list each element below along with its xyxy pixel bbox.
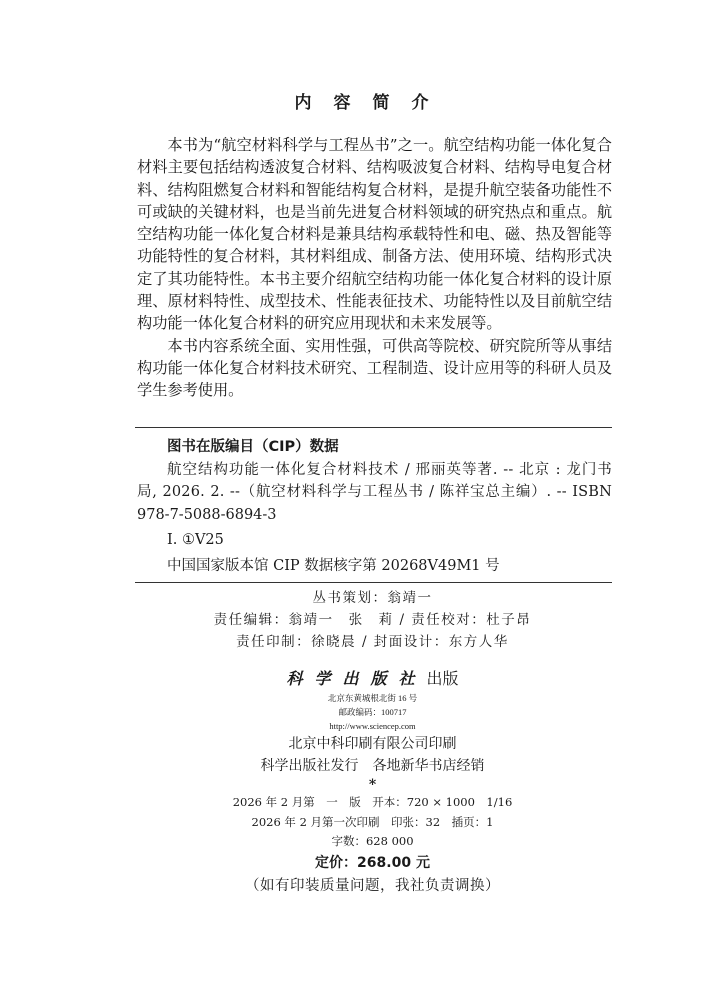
quality-notice: （如有印装质量问题，我社负责调换） [0,874,720,898]
edition-line: 2026 年 2 月第 一 版 开本：720 × 1000 1/16 [0,793,720,813]
publisher-block: 科学出版社出版 北京东黄城根北街 16 号 邮政编码：100717 http:/… [0,666,720,898]
summary-paragraph: 本书内容系统全面、实用性强，可供高等院校、研究院所等从事结构功能一体化复合材料技… [137,335,612,402]
cip-entry-line: 局, 2026. 2. --（航空材料科学与工程丛书 / 陈祥宝总主编）. --… [137,481,612,504]
cip-record-number: 中国国家版本馆 CIP 数据核字第 20268V49M1 号 [137,555,612,578]
publisher-address: 北京东黄城根北街 16 号 [0,691,720,705]
credits-block: 丛书策划：翁靖一 责任编辑：翁靖一 张 莉 / 责任校对：杜子昂 责任印制：徐晓… [0,587,720,653]
bottom-divider [135,582,612,583]
summary-title: 内容简介 [0,92,720,114]
separator-star: * [0,777,720,793]
publisher-logo-suffix: 出版 [427,669,459,688]
word-count: 字数：628 000 [0,832,720,852]
copyright-page: 内容简介 本书为“航空材料科学与工程丛书”之一。航空结构功能一体化复合材料主要包… [0,0,720,1000]
cip-entry-line: 航空结构功能一体化复合材料技术 / 邢丽英等著. -- 北京 : 龙门书 [137,459,612,482]
production-credits: 责任印制：徐晓晨 / 封面设计：东方人华 [0,631,720,653]
summary-paragraph: 本书为“航空材料科学与工程丛书”之一。航空结构功能一体化复合材料主要包括结构透波… [137,134,612,335]
publisher-website: http://www.sciencep.com [0,719,720,733]
printer: 北京中科印刷有限公司印刷 [0,733,720,755]
printing-line: 2026 年 2 月第一次印刷 印张：32 插页：1 [0,813,720,833]
summary-section: 本书为“航空材料科学与工程丛书”之一。航空结构功能一体化复合材料主要包括结构透波… [137,134,612,402]
editors: 责任编辑：翁靖一 张 莉 / 责任校对：杜子昂 [0,609,720,631]
top-divider [135,427,612,428]
cip-data-block: 图书在版编目（CIP）数据 航空结构功能一体化复合材料技术 / 邢丽英等著. -… [137,436,612,577]
price: 定价：268.00 元 [0,852,720,874]
cip-heading: 图书在版编目（CIP）数据 [137,436,612,459]
publisher-postcode: 邮政编码：100717 [0,705,720,719]
cip-isbn: 978-7-5088-6894-3 [137,504,612,527]
publisher-logo: 科学出版社 [286,669,426,688]
series-planner: 丛书策划：翁靖一 [0,587,720,609]
cip-classification: Ⅰ. ①V25 [137,529,612,552]
distribution: 科学出版社发行 各地新华书店经销 [0,755,720,777]
